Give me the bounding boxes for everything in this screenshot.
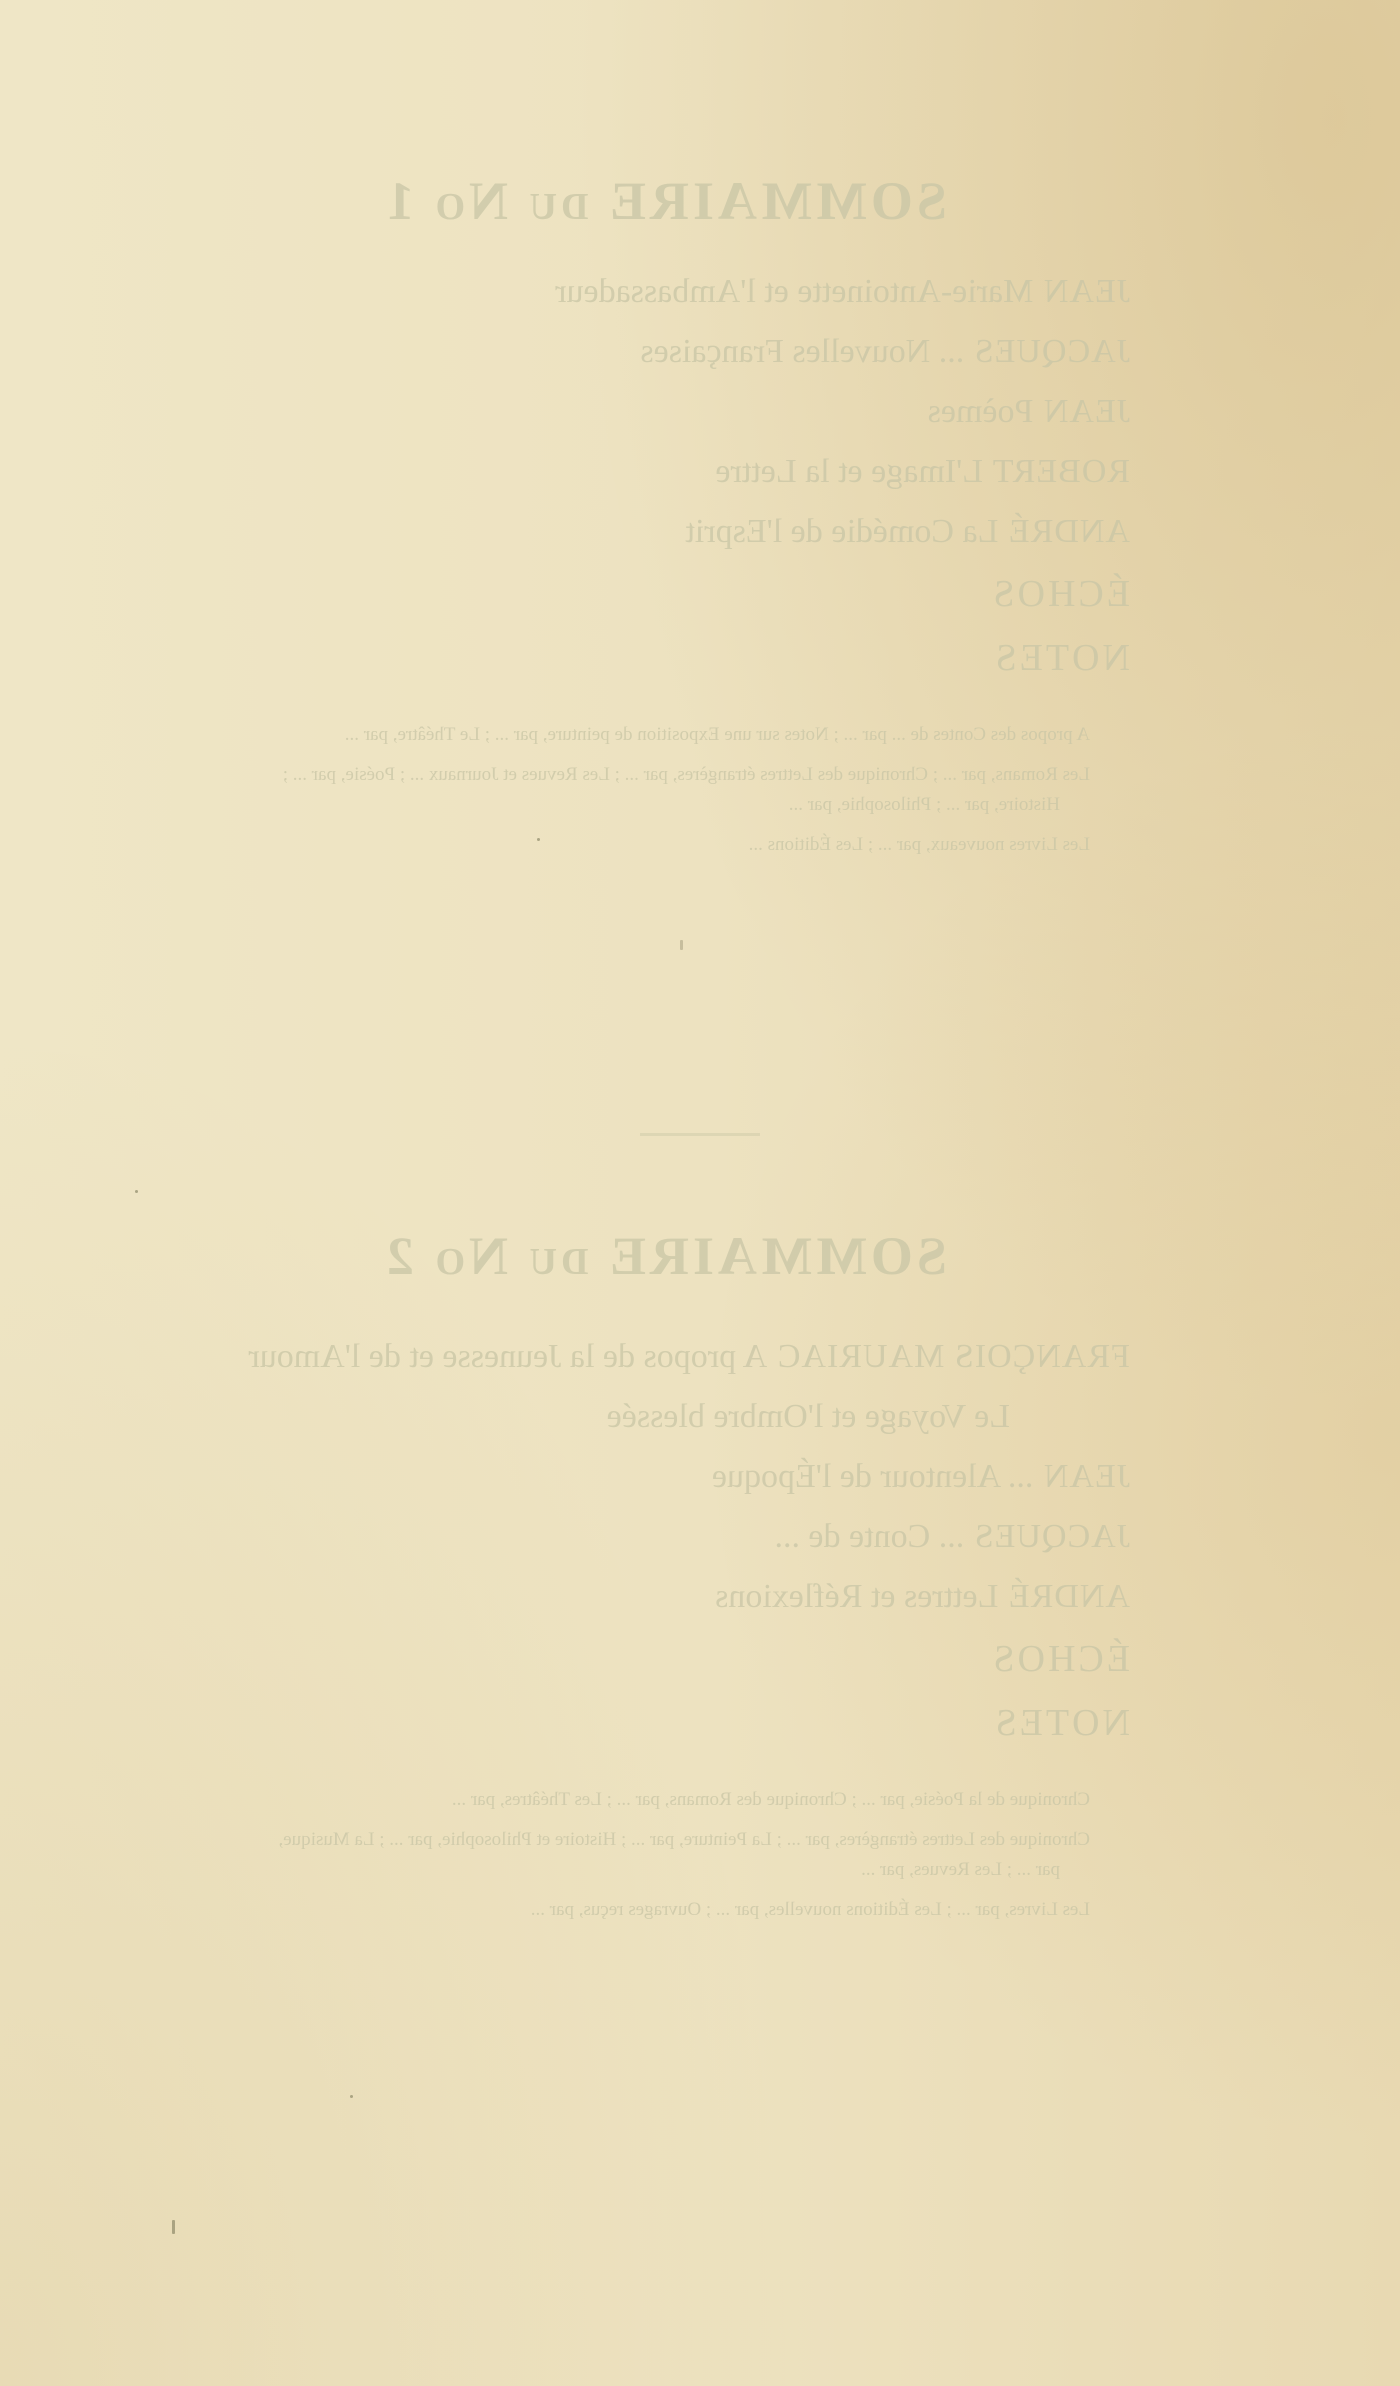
notes-label: NOTES — [200, 626, 1130, 690]
toc-entry: Le Voyage et l'Ombre blessée — [200, 1387, 1130, 1447]
paper-speck — [135, 1190, 138, 1193]
paper-speck — [537, 838, 540, 841]
echos-label: ÉCHOS — [200, 1627, 1130, 1691]
section-heading: SOMMAIRE du No 1 — [200, 170, 1130, 232]
echos-label: ÉCHOS — [200, 562, 1130, 626]
contents-section-1: SOMMAIRE du No 1 JEAN Marie-Antoinette e… — [200, 170, 1130, 870]
note-paragraph: Les Livres, par ... ; Les Éditions nouve… — [250, 1895, 1090, 1925]
paper-speck — [350, 2095, 353, 2098]
note-paragraph: Les Romans, par ... ; Chronique des Lett… — [250, 760, 1090, 820]
section-divider — [640, 1133, 760, 1136]
toc-entry: ANDRÉ Lettres et Réflexions — [200, 1567, 1130, 1627]
note-paragraph: Chronique des Lettres étrangères, par ..… — [250, 1825, 1090, 1885]
paper-mark — [172, 2220, 175, 2234]
notes-label: NOTES — [200, 1691, 1130, 1755]
notes-list: Chronique de la Poésie, par ... ; Chroni… — [200, 1785, 1130, 1925]
paper-mark — [680, 940, 683, 950]
toc-entry: JACQUES ... Nouvelles Françaises — [200, 322, 1130, 382]
notes-list: A propos des Contes de ... par ... ; Not… — [200, 720, 1130, 860]
toc-entry: JEAN ... Alentour de l'Époque — [200, 1447, 1130, 1507]
note-paragraph: A propos des Contes de ... par ... ; Not… — [250, 720, 1090, 750]
toc-entry: ROBERT L'Image et la Lettre — [200, 442, 1130, 502]
note-paragraph: Chronique de la Poésie, par ... ; Chroni… — [250, 1785, 1090, 1815]
toc-entry: FRANÇOIS MAURIAC A propos de la Jeunesse… — [200, 1327, 1130, 1387]
toc-entry: ANDRÉ La Comédie de l'Esprit — [200, 502, 1130, 562]
contents-section-2: SOMMAIRE du No 2 FRANÇOIS MAURIAC A prop… — [200, 1225, 1130, 1935]
toc-entry: JACQUES ... Conte de ... — [200, 1507, 1130, 1567]
note-paragraph: Les Livres nouveaux, par ... ; Les Éditi… — [250, 830, 1090, 860]
toc-entry: JEAN Poèmes — [200, 382, 1130, 442]
mirrored-show-through-page: SOMMAIRE du No 1 JEAN Marie-Antoinette e… — [0, 0, 1400, 2386]
section-heading: SOMMAIRE du No 2 — [200, 1225, 1130, 1287]
toc-entry: JEAN Marie-Antoinette et l'Ambassadeur — [200, 262, 1130, 322]
